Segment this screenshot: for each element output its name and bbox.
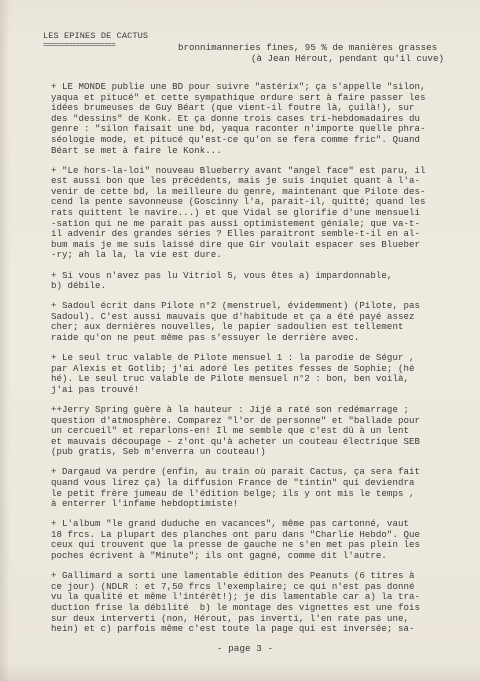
news-item: ++Jerry Spring guère à la hauteur : Jijé… [51,405,476,458]
news-item: + Sadoul écrit dans Pilote n°2 (menstrue… [51,301,476,343]
article-body: + LE MONDE publie une BD pour suivre "as… [51,82,476,644]
news-item: + "Le hors-la-loi" nouveau Blueberry ava… [51,166,476,261]
text-line: -ry; ah la la, la vie est dure. [51,250,476,261]
page-number: - page 3 - [0,643,480,654]
text-line: j'ai pas trouvé! [51,385,476,396]
page-edge-shadow [0,0,10,681]
news-item: + Gallimard a sorti une lamentable éditi… [51,571,476,635]
text-line: ++Jerry Spring guère à la hauteur : Jijé… [51,405,476,416]
dedication: (à Jean Hérout, pendant qu'il cuve) [251,53,444,64]
text-line: (pub gratis, Seb m'enverra un couteau!) [51,447,476,458]
text-line: + Si vous n'avez pas lu Vitriol 5, vous … [51,271,476,282]
title-underline: ==================== [43,41,148,51]
text-line: à enterrer l'infame hebdoptimiste! [51,499,476,510]
text-line: hein) et c) parfois même c'est toute la … [51,624,476,635]
news-item: + LE MONDE publie une BD pour suivre "as… [51,82,476,156]
news-item: + Dargaud va perdre (enfin, au train où … [51,467,476,509]
news-item: + L'album "le grand duduche en vacances"… [51,519,476,561]
text-line: Béart se met à faire le Konk... [51,146,476,157]
text-line: + LE MONDE publie une BD pour suivre "as… [51,82,476,93]
news-item: + Le seul truc valable de Pilote mensuel… [51,353,476,395]
text-line: raide qu'on ne peut même pas s'essuyer l… [51,333,476,344]
column-subtitle: bronnimanneries fines, 95 % de manières … [178,42,437,53]
page-bottom-shade [0,663,480,681]
text-line: poches écrivent à "Minute"; ils ont gagn… [51,551,476,562]
text-line: séologie mode, et pitucé qu'est-ce qu'on… [51,135,476,146]
news-item: + Si vous n'avez pas lu Vitriol 5, vous … [51,271,476,292]
typewritten-page: LES EPINES DE CACTUS ===================… [0,0,480,681]
column-title: LES EPINES DE CACTUS [43,31,148,41]
text-line: quand vous lirez ça) la diffusion France… [51,478,476,489]
column-masthead: LES EPINES DE CACTUS ===================… [43,31,148,51]
text-line: b) débile. [51,281,476,292]
text-line: duction frise la débilité b) le montage … [51,603,476,614]
